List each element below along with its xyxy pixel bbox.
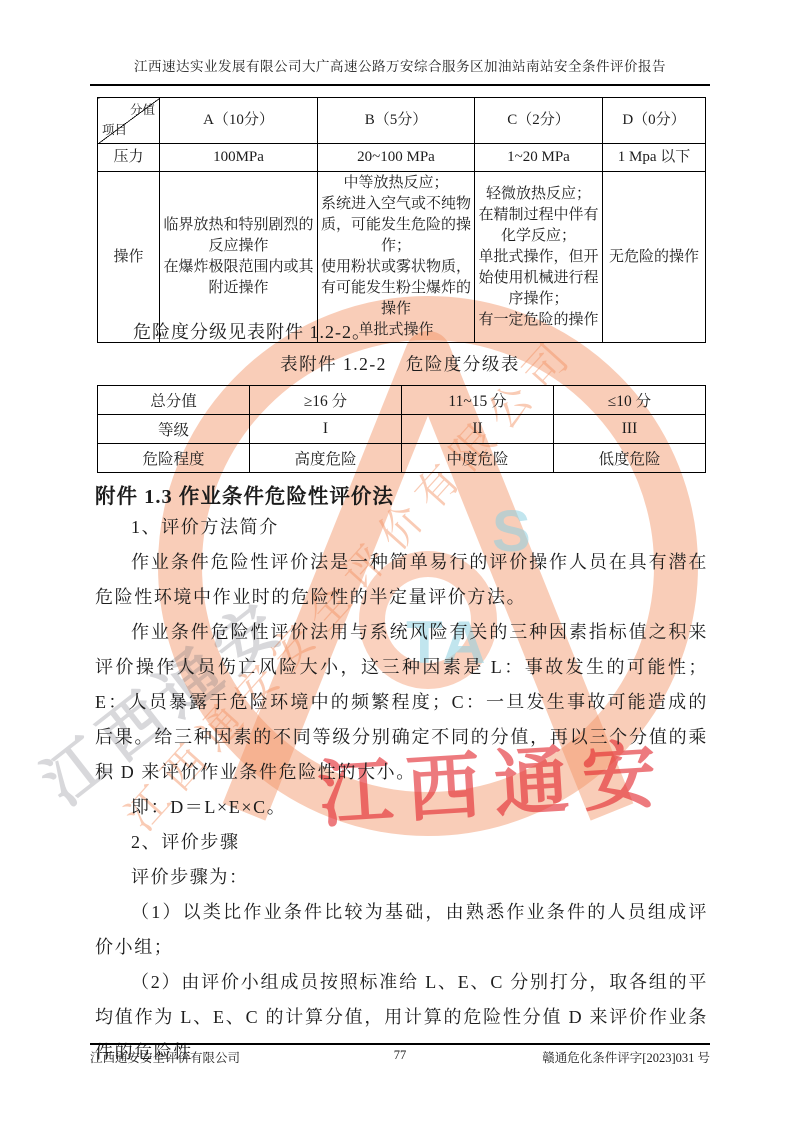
table-cell: II (402, 415, 554, 444)
table-header-row: 分值 项目 A（10分） B（5分） C（2分） D（0分） (98, 98, 706, 144)
table-cell: III (554, 415, 706, 444)
page-number: 77 (394, 1048, 407, 1063)
page-header-title: 江西速达实业发展有限公司大广高速公路万安综合服务区加油站南站安全条件评价报告 (0, 55, 800, 75)
row-label: 压力 (98, 144, 160, 172)
footer-company: 江西通安安全评价有限公司 (90, 1048, 394, 1066)
note-text: 危险度分级见表附件 1.2-2。 (97, 318, 707, 344)
table-cell: 中等放热反应； 系统进入空气或不纯物质，可能发生危险的操作； 使用粉状或雾状物质… (318, 172, 475, 343)
paragraph: 评价步骤为： (95, 860, 708, 895)
table-row: 等级 I II III (98, 415, 706, 444)
table-cell: 100MPa (160, 144, 318, 172)
table-row: 危险程度 高度危险 中度危险 低度危险 (98, 444, 706, 473)
column-header: B（5分） (318, 98, 475, 144)
table2-title: 表附件 1.2-2 危险度分级表 (0, 351, 800, 376)
table-cell: 轻微放热反应； 在精制过程中伴有化学反应； 单批式操作，但开始使用机械进行程序操… (475, 172, 603, 343)
table-cell: 1 Mpa 以下 (603, 144, 706, 172)
table-cell: ≤10 分 (554, 386, 706, 415)
paragraph: 即：D＝L×E×C。 (95, 790, 708, 825)
diagonal-header-cell: 分值 项目 (98, 98, 160, 144)
row-label: 总分值 (98, 386, 250, 415)
table-cell: 低度危险 (554, 444, 706, 473)
body-text: 1、评价方法简介 作业条件危险性评价法是一种简单易行的评价操作人员在具有潜在危险… (95, 510, 708, 1070)
risk-grading-table: 总分值 ≥16 分 11~15 分 ≤10 分 等级 I II III 危险程度… (97, 385, 706, 473)
footer-doc-number: 赣通危化条件评字[2023]031 号 (406, 1048, 710, 1066)
table-cell: I (250, 415, 402, 444)
document-content: 江西速达实业发展有限公司大广高速公路万安综合服务区加油站南站安全条件评价报告 分… (0, 0, 800, 1131)
column-header: A（10分） (160, 98, 318, 144)
table-cell: 无危险的操作 (603, 172, 706, 343)
row-label: 操作 (98, 172, 160, 343)
corner-label-score: 分值 (130, 100, 155, 121)
footer-rule (90, 1043, 710, 1045)
table-cell: 临界放热和特别剧烈的反应操作 在爆炸极限范围内或其附近操作 (160, 172, 318, 343)
paragraph: 作业条件危险性评价法用与系统风险有关的三种因素指标值之积来评价操作人员伤亡风险大… (95, 615, 708, 790)
table-row: 压力 100MPa 20~100 MPa 1~20 MPa 1 Mpa 以下 (98, 144, 706, 172)
column-header: D（0分） (603, 98, 706, 144)
table-cell: 高度危险 (250, 444, 402, 473)
row-label: 等级 (98, 415, 250, 444)
column-header: C（2分） (475, 98, 603, 144)
page-footer: 江西通安安全评价有限公司 77 赣通危化条件评字[2023]031 号 (90, 1048, 710, 1066)
table-cell: 11~15 分 (402, 386, 554, 415)
table-cell: 中度危险 (402, 444, 554, 473)
document-page: 江西通安安全评价有限公司 江西通安 S TA 江西通安 江西速达实业发展有限公司… (0, 0, 800, 1131)
paragraph: 2、评价步骤 (95, 825, 708, 860)
table-row: 操作 临界放热和特别剧烈的反应操作 在爆炸极限范围内或其附近操作 中等放热反应；… (98, 172, 706, 343)
table-cell: 1~20 MPa (475, 144, 603, 172)
header-rule (90, 84, 710, 86)
row-label: 危险程度 (98, 444, 250, 473)
section-heading: 附件 1.3 作业条件危险性评价法 (95, 479, 394, 509)
table-cell: 20~100 MPa (318, 144, 475, 172)
table-row: 总分值 ≥16 分 11~15 分 ≤10 分 (98, 386, 706, 415)
corner-label-item: 项目 (102, 120, 127, 141)
paragraph: （1）以类比作业条件比较为基础，由熟悉作业条件的人员组成评价小组； (95, 895, 708, 965)
paragraph: 1、评价方法简介 (95, 510, 708, 545)
paragraph: 作业条件危险性评价法是一种简单易行的评价操作人员在具有潜在危险性环境中作业时的危… (95, 545, 708, 615)
table-cell: ≥16 分 (250, 386, 402, 415)
score-criteria-table: 分值 项目 A（10分） B（5分） C（2分） D（0分） 压力 100MPa… (97, 97, 706, 343)
